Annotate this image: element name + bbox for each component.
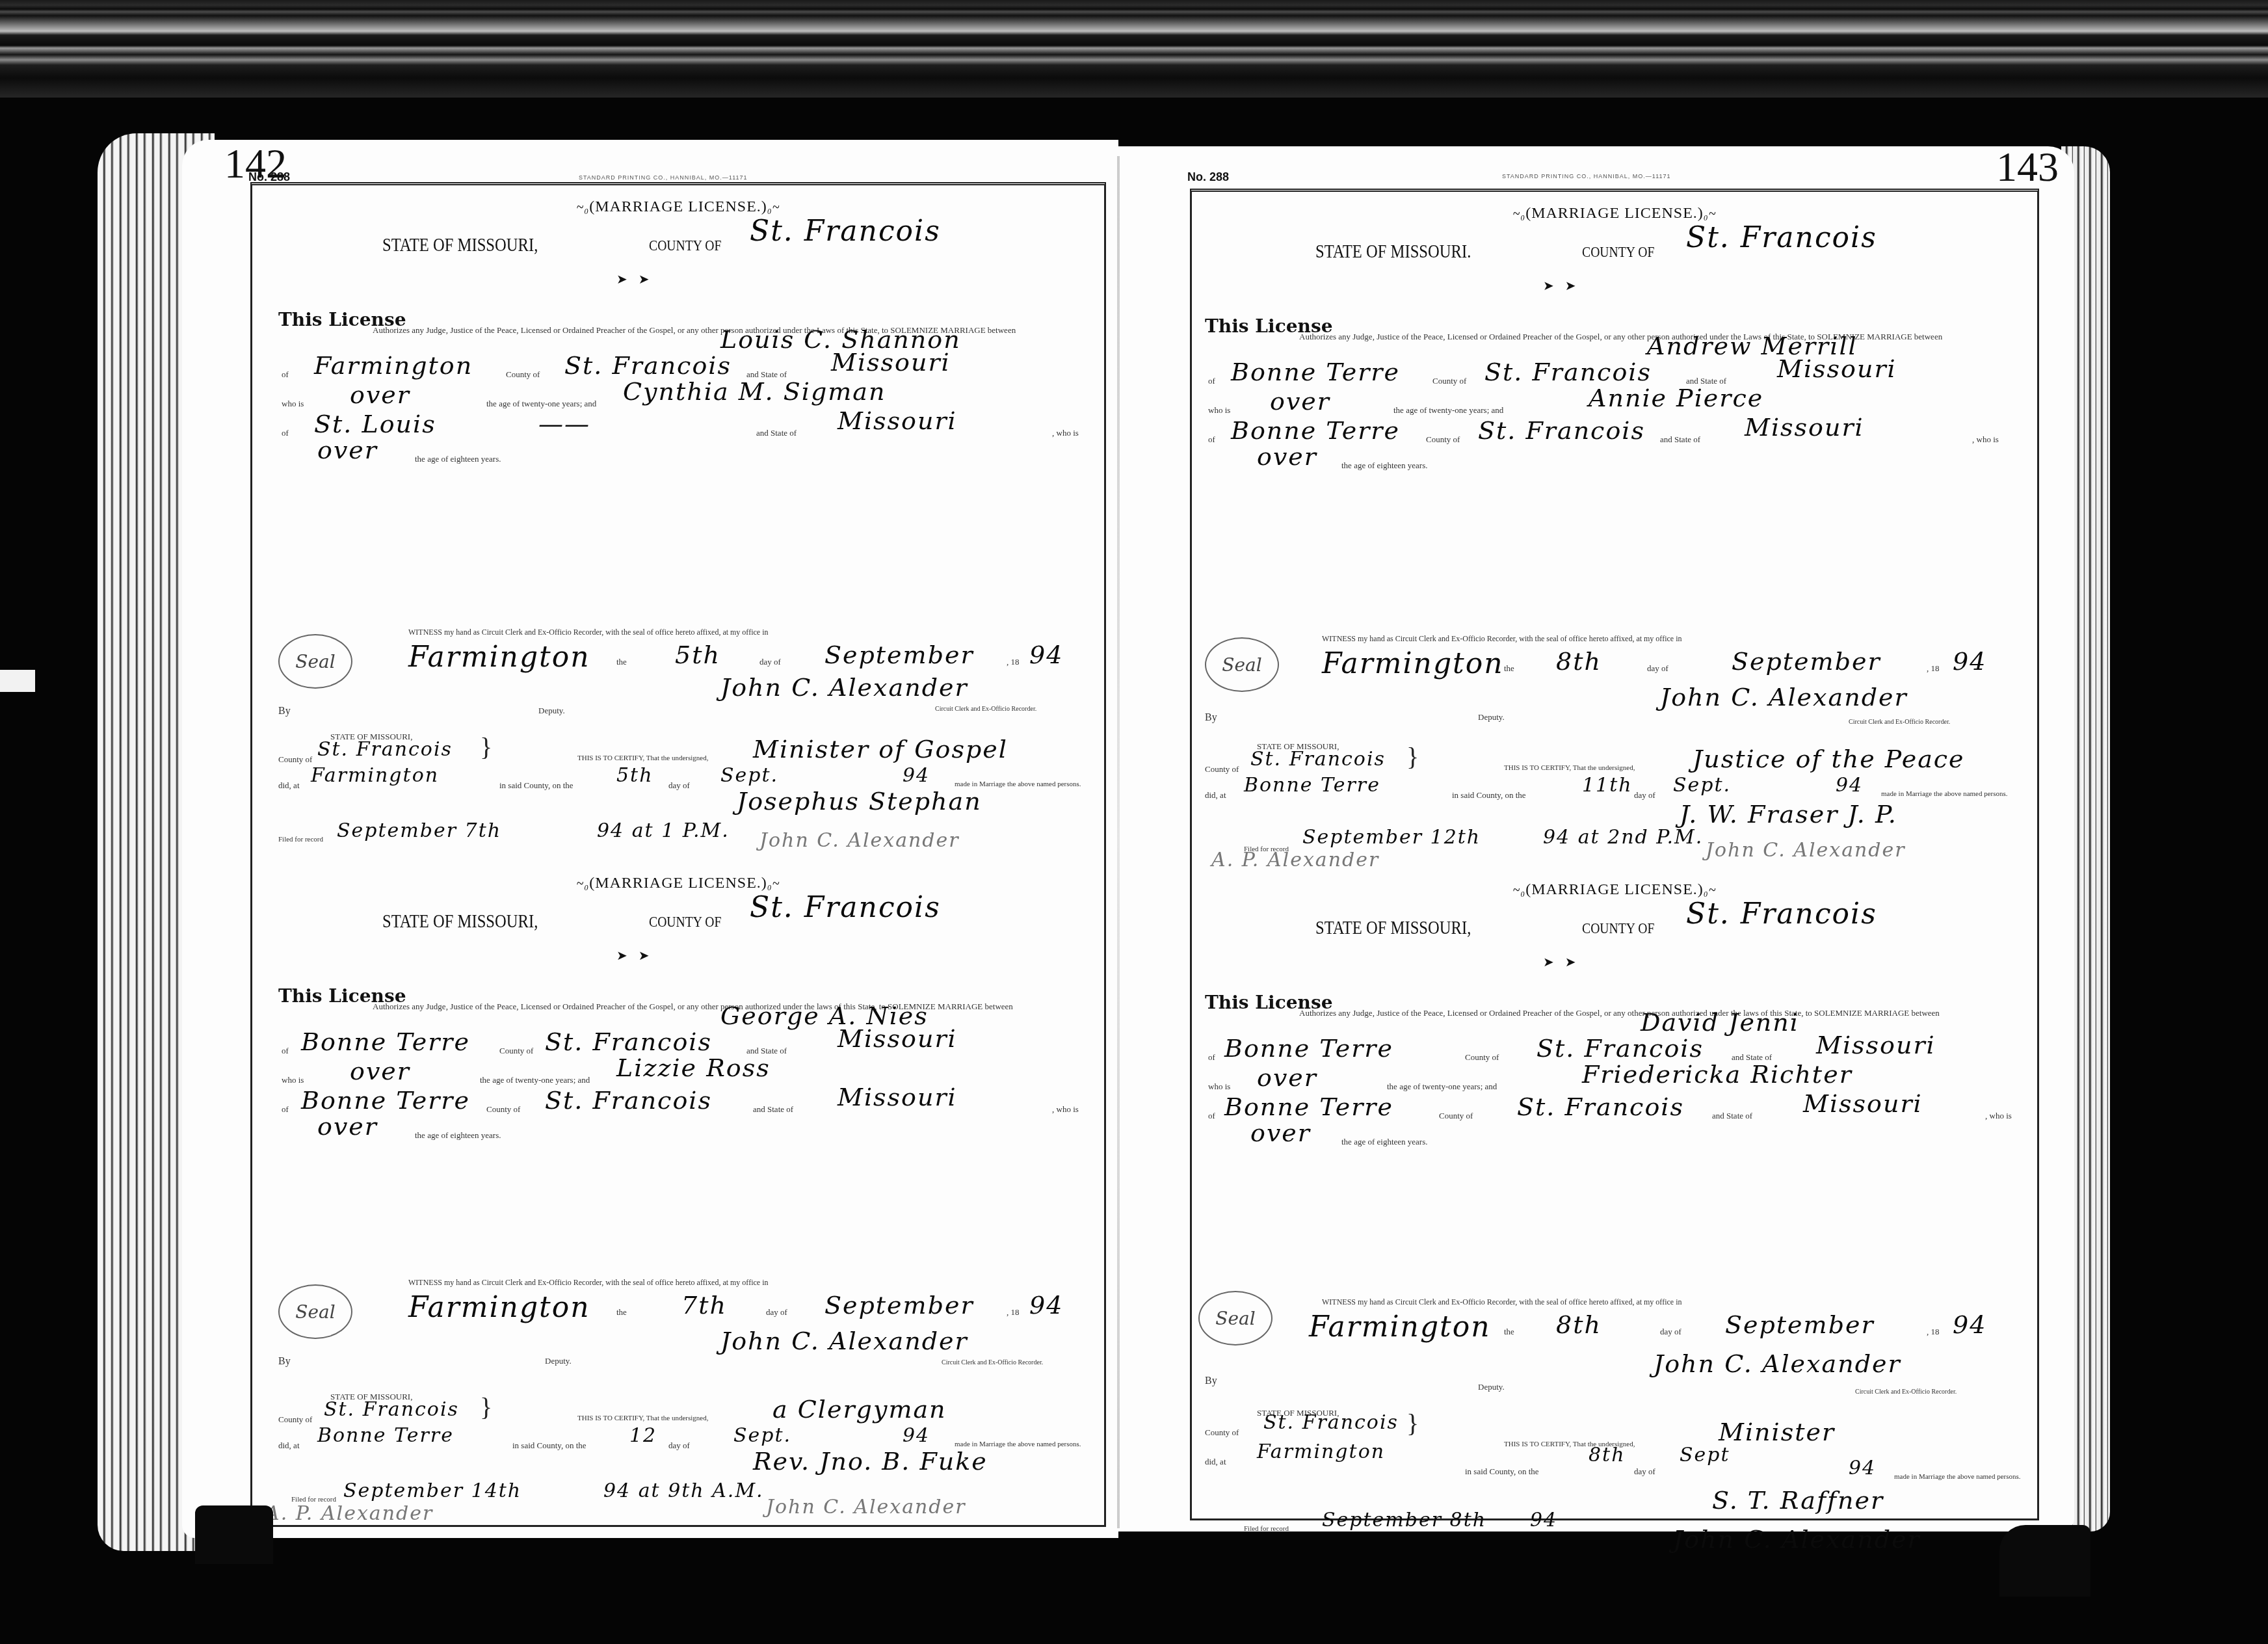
- license-record: ~₀(MARRIAGE LICENSE.)₀~ STATE OF MISSOUR…: [252, 185, 1104, 842]
- county-of-label: County of: [1426, 434, 1460, 445]
- state-heading: STATE OF MISSOURI.: [1315, 241, 1471, 263]
- clerk-title: Circuit Clerk and Ex-Officio Recorder.: [1855, 1388, 1957, 1396]
- microfilm-top-edge: [0, 0, 2268, 98]
- in-said-county-label: in said County, on the: [1465, 1466, 1539, 1477]
- issued-day: 8th: [1556, 647, 1602, 676]
- thumb-left: [195, 1505, 273, 1564]
- cert-month: Sept.: [733, 1424, 791, 1447]
- county-of-label: County of: [1432, 376, 1466, 386]
- day-of-label: day of: [1647, 663, 1668, 674]
- of-label: of: [282, 428, 289, 438]
- groom-age: over: [350, 380, 410, 409]
- cert-day: 12: [629, 1424, 657, 1447]
- license-title: ~₀(MARRIAGE LICENSE.)₀~: [1192, 205, 2037, 222]
- officiant-signature: Josephus Stephan: [737, 787, 982, 815]
- seal-mark: Seal: [278, 634, 352, 689]
- year-prefix: , 18: [1927, 663, 1940, 674]
- groom-age: over: [1270, 387, 1330, 416]
- bride-age-text: the age of eighteen years.: [415, 1130, 501, 1141]
- cert-month: Sept: [1680, 1444, 1730, 1466]
- filed-label: Filed for record: [278, 836, 323, 843]
- witness-text: WITNESS my hand as Circuit Clerk and Ex-…: [1322, 1297, 1681, 1307]
- clerk-title: Circuit Clerk and Ex-Officio Recorder.: [935, 706, 1036, 713]
- did-at-label: did, at: [278, 780, 300, 791]
- ornament-arrows: ➤ ➤: [1543, 278, 1580, 294]
- of-label: of: [1208, 1052, 1215, 1063]
- of-label: of: [282, 369, 289, 380]
- did-at-label: did, at: [278, 1440, 300, 1451]
- cert-county-label: County of: [1205, 1427, 1239, 1438]
- bride-state: Missouri: [1745, 413, 1864, 442]
- cert-place: Bonne Terre: [1244, 774, 1380, 797]
- the-label: the: [616, 1307, 627, 1318]
- issued-month: September: [824, 1291, 974, 1319]
- groom-county: St. Francois: [1536, 1034, 1704, 1063]
- ornament-arrows: ➤ ➤: [1543, 954, 1580, 970]
- county-label: COUNTY OF: [1582, 920, 1654, 938]
- officiant-title: a Clergyman: [772, 1395, 947, 1424]
- county-value: St. Francois: [750, 215, 941, 248]
- of-label: of: [282, 1046, 289, 1056]
- filed-clerk-signature: John C. Alexander: [1673, 1525, 1921, 1554]
- license-title: ~₀(MARRIAGE LICENSE.)₀~: [1192, 881, 2037, 899]
- groom-age-text: the age of twenty-one years; and: [486, 399, 596, 409]
- cert-place: Farmington: [1257, 1440, 1385, 1463]
- bride-age: over: [1257, 442, 1317, 471]
- state-of-label: and State of: [1660, 434, 1700, 445]
- day-of-label: day of: [668, 1440, 690, 1451]
- deputy-label: Deputy.: [1478, 712, 1505, 723]
- bride-name: Cynthia M. Sigman: [623, 377, 886, 406]
- county-of-label: County of: [499, 1046, 533, 1056]
- filed-clerk-signature: John C. Alexander: [1706, 839, 1906, 862]
- did-at-label: did, at: [1205, 1457, 1226, 1467]
- groom-county: St. Francois: [545, 1027, 712, 1056]
- certify-text: THIS IS TO CERTIFY, That the undersigned…: [577, 754, 708, 762]
- clerk-title: Circuit Clerk and Ex-Officio Recorder.: [1849, 719, 1950, 726]
- officiant-title: Justice of the Peace: [1693, 745, 1965, 773]
- officiant-signature: J. W. Fraser J. P.: [1680, 800, 1897, 829]
- in-said-county-label: in said County, on the: [512, 1440, 587, 1451]
- film-edge-mark: [0, 670, 35, 692]
- issued-month: September: [824, 641, 974, 669]
- bride-age: over: [317, 1112, 378, 1141]
- of-label: of: [1208, 434, 1215, 445]
- county-of-label: County of: [506, 369, 540, 380]
- who-is-label: who is: [282, 1075, 304, 1085]
- witness-text: WITNESS my hand as Circuit Clerk and Ex-…: [408, 628, 768, 637]
- year-prefix: , 18: [1007, 657, 1020, 667]
- groom-age-text: the age of twenty-one years; and: [1387, 1081, 1497, 1092]
- cert-month: Sept.: [1673, 774, 1731, 797]
- clerk-signature: John C. Alexander: [1654, 1349, 1901, 1378]
- by-label: By: [278, 1356, 291, 1368]
- filed-date: September 8th: [1322, 1509, 1486, 1531]
- day-of-label: day of: [1634, 1466, 1655, 1477]
- who-is-label: , who is: [1052, 428, 1079, 438]
- who-is-label: , who is: [1052, 1104, 1079, 1115]
- certify-text: THIS IS TO CERTIFY, That the undersigned…: [1504, 764, 1635, 772]
- thumb-right: [1999, 1525, 2090, 1597]
- seal-mark: Seal: [1205, 637, 1279, 692]
- bride-state: Missouri: [837, 406, 957, 435]
- cert-year: 94: [1836, 774, 1863, 797]
- year-prefix: , 18: [1007, 1307, 1020, 1318]
- printer-line-right: STANDARD PRINTING CO., HANNIBAL, MO.—111…: [1502, 173, 1671, 179]
- officiant-signature: S. T. Raffner: [1712, 1486, 1884, 1515]
- the-label: the: [1504, 663, 1514, 674]
- groom-residence: Bonne Terre: [1224, 1034, 1393, 1063]
- bride-residence: Bonne Terre: [1231, 416, 1400, 445]
- bride-county: St. Francois: [1478, 416, 1645, 445]
- filed-time: 94 at 2nd P.M.: [1543, 826, 1703, 849]
- seal-mark: Seal: [1198, 1291, 1272, 1346]
- filed-deputy-signature: A. P. Alexander: [265, 1502, 433, 1525]
- groom-residence: Bonne Terre: [1231, 358, 1400, 386]
- state-heading: STATE OF MISSOURI,: [1315, 917, 1471, 939]
- year-prefix: , 18: [1927, 1327, 1940, 1337]
- groom-residence: Farmington: [314, 351, 473, 380]
- issued-year: 94: [1953, 647, 1986, 676]
- book-gutter: [1117, 156, 1120, 1528]
- license-form-left: ~₀(MARRIAGE LICENSE.)₀~ STATE OF MISSOUR…: [250, 182, 1106, 1527]
- state-of-label: and State of: [756, 428, 797, 438]
- filed-date: September 7th: [337, 819, 501, 842]
- witness-text: WITNESS my hand as Circuit Clerk and Ex-…: [1322, 634, 1681, 644]
- cert-county: St. Francois: [324, 1398, 459, 1421]
- page-number-right: 143: [1996, 143, 2059, 191]
- bride-age: over: [317, 436, 378, 464]
- printer-line-left: STANDARD PRINTING CO., HANNIBAL, MO.—111…: [579, 174, 748, 181]
- issued-place: Farmington: [408, 1291, 590, 1324]
- brace: }: [480, 1392, 492, 1422]
- bride-residence: St. Louis: [314, 410, 436, 438]
- groom-county: St. Francois: [1484, 358, 1652, 386]
- cert-tail-text: made in Marriage the above named persons…: [1881, 790, 2024, 798]
- of-label: of: [1208, 376, 1215, 386]
- cert-county-label: County of: [278, 754, 312, 765]
- cert-county: St. Francois: [317, 738, 453, 761]
- groom-state: Missouri: [1816, 1031, 1936, 1059]
- bride-county: St. Francois: [545, 1086, 712, 1115]
- cert-day: 5th: [616, 764, 653, 787]
- groom-age-text: the age of twenty-one years; and: [1393, 405, 1503, 416]
- clerk-title: Circuit Clerk and Ex-Officio Recorder.: [942, 1359, 1043, 1366]
- cert-county-label: County of: [1205, 764, 1239, 775]
- license-form-right: ~₀(MARRIAGE LICENSE.)₀~ STATE OF MISSOUR…: [1190, 189, 2039, 1520]
- groom-residence: Bonne Terre: [301, 1027, 470, 1056]
- bride-county: ——: [538, 410, 590, 438]
- license-title: ~₀(MARRIAGE LICENSE.)₀~: [252, 875, 1104, 892]
- county-of-label: County of: [486, 1104, 520, 1115]
- filed-time: 94 at 9th A.M.: [603, 1479, 764, 1502]
- of-label: of: [1208, 1111, 1215, 1121]
- issued-day: 7th: [681, 1291, 727, 1319]
- who-is-label: who is: [1208, 1081, 1230, 1092]
- bride-name: Annie Pierce: [1589, 384, 1763, 412]
- bride-residence: Bonne Terre: [1224, 1093, 1393, 1121]
- officiant-signature: Rev. Jno. B. Fuke: [753, 1447, 988, 1476]
- license-title: ~₀(MARRIAGE LICENSE.)₀~: [252, 198, 1104, 216]
- issued-year: 94: [1953, 1310, 1986, 1339]
- issued-month: September: [1732, 647, 1881, 676]
- cert-year: 94: [903, 764, 930, 787]
- cert-year: 94: [903, 1424, 930, 1447]
- in-said-county-label: in said County, on the: [1452, 790, 1526, 801]
- ornament-arrows: ➤ ➤: [616, 271, 653, 287]
- cert-place: Bonne Terre: [317, 1424, 454, 1447]
- groom-county: St. Francois: [564, 351, 732, 380]
- bride-name: Friedericka Richter: [1582, 1060, 1853, 1089]
- bride-age-text: the age of eighteen years.: [415, 454, 501, 464]
- cert-county: St. Francois: [1250, 748, 1386, 771]
- day-of-label: day of: [1634, 790, 1655, 801]
- county-of-label: County of: [1439, 1111, 1473, 1121]
- bride-state: Missouri: [837, 1083, 957, 1111]
- groom-state: Missouri: [837, 1024, 957, 1053]
- ornament-arrows: ➤ ➤: [616, 948, 653, 964]
- did-at-label: did, at: [1205, 790, 1226, 801]
- county-of-label: County of: [1465, 1052, 1499, 1063]
- issued-place: Farmington: [1309, 1310, 1491, 1344]
- the-label: the: [616, 657, 627, 667]
- the-label: the: [1504, 1327, 1514, 1337]
- deputy-label: Deputy.: [1478, 1382, 1505, 1392]
- clerk-signature: John C. Alexander: [1660, 683, 1908, 711]
- deputy-label: Deputy.: [538, 706, 565, 716]
- license-record: ~₀(MARRIAGE LICENSE.)₀~ STATE OF MISSOUR…: [1192, 192, 2037, 849]
- issued-year: 94: [1029, 641, 1063, 669]
- filed-label: Filed for record: [1244, 1525, 1289, 1533]
- bride-age-text: the age of eighteen years.: [1341, 1137, 1427, 1147]
- filed-date: September 14th: [343, 1479, 521, 1502]
- certify-text: THIS IS TO CERTIFY, That the undersigned…: [577, 1414, 708, 1422]
- cert-place: Farmington: [311, 764, 439, 787]
- day-of-label: day of: [759, 657, 781, 667]
- license-record: ~₀(MARRIAGE LICENSE.)₀~ STATE OF MISSOUR…: [252, 862, 1104, 1518]
- groom-state: Missouri: [1777, 354, 1897, 383]
- groom-age: over: [1257, 1063, 1317, 1092]
- cert-year: 94: [1849, 1457, 1876, 1479]
- bride-age-text: the age of eighteen years.: [1341, 460, 1427, 471]
- county-value: St. Francois: [1686, 221, 1877, 254]
- officiant-title: Minister of Gospel: [753, 735, 1008, 763]
- of-label: of: [282, 1104, 289, 1115]
- groom-name: David Jenni: [1641, 1008, 1799, 1037]
- deputy-label: Deputy.: [545, 1356, 572, 1366]
- who-is-label: who is: [1208, 405, 1230, 416]
- cert-day: 8th: [1589, 1444, 1625, 1466]
- cert-county: St. Francois: [1263, 1411, 1399, 1434]
- bride-county: St. Francois: [1517, 1093, 1684, 1121]
- county-label: COUNTY OF: [649, 914, 721, 931]
- who-is-label: who is: [282, 399, 304, 409]
- brace: }: [480, 732, 492, 762]
- issued-year: 94: [1029, 1291, 1063, 1319]
- county-value: St. Francois: [1686, 897, 1877, 931]
- day-of-label: day of: [766, 1307, 787, 1318]
- bride-name: Lizzie Ross: [616, 1054, 771, 1082]
- who-is-label: , who is: [1985, 1111, 2012, 1121]
- by-label: By: [1205, 1375, 1217, 1387]
- brace: }: [1406, 741, 1419, 772]
- state-heading: STATE OF MISSOURI,: [382, 910, 538, 933]
- officiant-title: Minister: [1719, 1418, 1835, 1446]
- in-said-county-label: in said County, on the: [499, 780, 574, 791]
- brace: }: [1406, 1408, 1419, 1438]
- county-label: COUNTY OF: [649, 237, 721, 255]
- day-of-label: day of: [1660, 1327, 1681, 1337]
- issued-place: Farmington: [408, 641, 590, 674]
- by-label: By: [278, 706, 291, 717]
- state-heading: STATE OF MISSOURI,: [382, 234, 538, 256]
- cert-tail-text: made in Marriage the above named persons…: [1894, 1473, 2024, 1481]
- who-is-label: , who is: [1972, 434, 1999, 445]
- state-of-label: and State of: [753, 1104, 793, 1115]
- issued-month: September: [1725, 1310, 1875, 1339]
- clerk-signature: John C. Alexander: [720, 673, 968, 702]
- issued-place: Farmington: [1322, 647, 1504, 680]
- filed-clerk-signature: John C. Alexander: [759, 829, 960, 852]
- groom-age: over: [350, 1057, 410, 1085]
- filed-time: 94 at 1 P.M.: [597, 819, 730, 842]
- county-value: St. Francois: [750, 891, 941, 924]
- day-of-label: day of: [668, 780, 690, 791]
- issued-day: 5th: [675, 641, 720, 669]
- groom-state: Missouri: [831, 348, 951, 377]
- groom-age-text: the age of twenty-one years; and: [480, 1075, 590, 1085]
- filed-clerk-signature: John C. Alexander: [766, 1496, 966, 1518]
- cert-month: Sept.: [720, 764, 778, 787]
- issued-day: 8th: [1556, 1310, 1602, 1339]
- bride-state: Missouri: [1803, 1089, 1923, 1118]
- by-label: By: [1205, 712, 1217, 724]
- cert-day: 11th: [1582, 774, 1633, 797]
- witness-text: WITNESS my hand as Circuit Clerk and Ex-…: [408, 1278, 768, 1288]
- license-record: ~₀(MARRIAGE LICENSE.)₀~ STATE OF MISSOUR…: [1192, 868, 2037, 1525]
- clerk-signature: John C. Alexander: [720, 1327, 968, 1355]
- state-of-label: and State of: [1712, 1111, 1752, 1121]
- form-number-right: No. 288: [1187, 170, 1229, 184]
- bride-residence: Bonne Terre: [301, 1086, 470, 1115]
- bride-age: over: [1250, 1119, 1311, 1147]
- seal-mark: Seal: [278, 1284, 352, 1339]
- county-label: COUNTY OF: [1582, 244, 1654, 261]
- cert-county-label: County of: [278, 1414, 312, 1425]
- filed-time: 94: [1530, 1509, 1557, 1531]
- filed-date: September 12th: [1302, 826, 1481, 849]
